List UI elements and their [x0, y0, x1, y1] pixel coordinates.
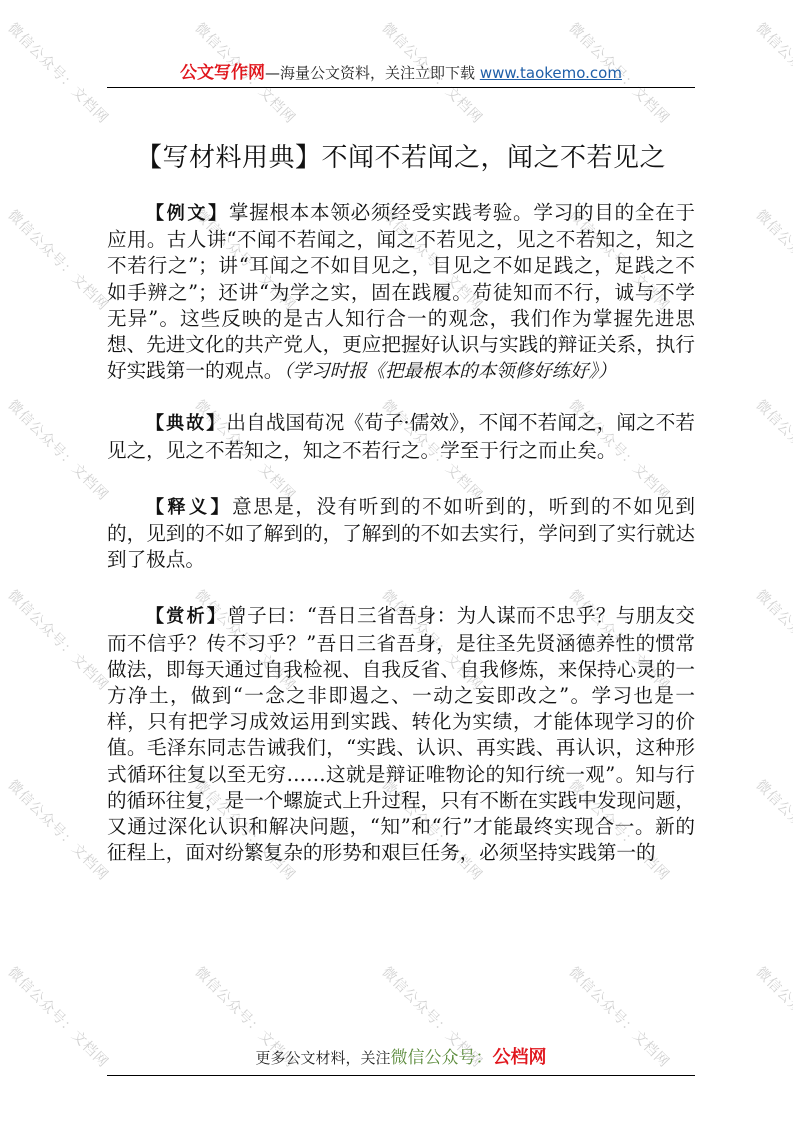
header-url-link[interactable]: www.taokemo.com: [480, 64, 622, 82]
paragraph-example: 【例文】掌握根本本领必须经受实践考验。学习的目的全在于应用。古人讲“不闻不若闻之…: [107, 200, 695, 385]
watermark-text: 微信公众号：文档网: [752, 18, 793, 128]
document-page: 微信公众号：文档网微信公众号：文档网微信公众号：文档网微信公众号：文档网微信公众…: [0, 0, 793, 1122]
watermark-text: 微信公众号：文档网: [4, 962, 114, 1072]
paragraph-text: 掌握根本本领必须经受实践考验。学习的目的全在于应用。古人讲“不闻不若闻之，闻之不…: [107, 201, 695, 382]
section-tag: 【释义】: [146, 497, 232, 518]
paragraph-interpretation: 【释义】意思是，没有听到的不如听到的，听到的不如见到的，见到的不如了解到的，了解…: [107, 494, 695, 574]
watermark-text: 微信公众号：文档网: [4, 18, 114, 128]
citation: （学习时报《把最根本的本领修好练好》）: [283, 361, 616, 382]
paragraph-text: 曾子曰：“吾日三省吾身：为人谋而不忠乎？与朋友交而不信乎？传不习乎？”吾日三省吾…: [107, 604, 695, 864]
watermark-text: 微信公众号：文档网: [4, 395, 114, 505]
document-title: 【写材料用典】不闻不若闻之，闻之不若见之: [107, 138, 695, 178]
section-tag: 【例文】: [146, 203, 229, 224]
watermark-text: 微信公众号：文档网: [4, 205, 114, 315]
header-tagline: —海量公文资料，关注立即下载: [265, 64, 480, 82]
watermark-text: 微信公众号：文档网: [4, 585, 114, 695]
paragraph-allusion: 【典故】出自战国荀况《荀子·儒效》，不闻不若闻之，闻之不若见之，见之不若知之，知…: [107, 410, 695, 463]
spacer: [107, 573, 695, 603]
section-tag: 【典故】: [146, 413, 226, 434]
footer-brand: 公档网: [493, 1047, 547, 1068]
watermark-text: 微信公众号：文档网: [752, 585, 793, 695]
watermark-text: 微信公众号：文档网: [752, 205, 793, 315]
footer-text: 更多公文材料，关注: [255, 1049, 390, 1067]
watermark-text: 微信公众号：文档网: [752, 775, 793, 885]
section-tag: 【赏析】: [146, 606, 227, 627]
spacer: [107, 385, 695, 410]
footer-divider: [107, 1075, 695, 1076]
watermark-text: 微信公众号：文档网: [752, 962, 793, 1072]
header-brand: 公文写作网: [180, 63, 265, 83]
document-body: 【例文】掌握根本本领必须经受实践考验。学习的目的全在于应用。古人讲“不闻不若闻之…: [107, 200, 695, 866]
footer-wechat-label: 微信公众号：: [391, 1048, 493, 1068]
paragraph-appreciation: 【赏析】曾子曰：“吾日三省吾身：为人谋而不忠乎？与朋友交而不信乎？传不习乎？”吾…: [107, 603, 695, 866]
spacer: [107, 464, 695, 494]
watermark-text: 微信公众号：文档网: [4, 775, 114, 885]
page-header: 公文写作网—海量公文资料，关注立即下载 www.taokemo.com: [107, 60, 695, 86]
header-divider: [107, 87, 695, 88]
page-footer: 更多公文材料，关注微信公众号：公档网: [107, 1044, 695, 1072]
watermark-text: 微信公众号：文档网: [752, 395, 793, 505]
